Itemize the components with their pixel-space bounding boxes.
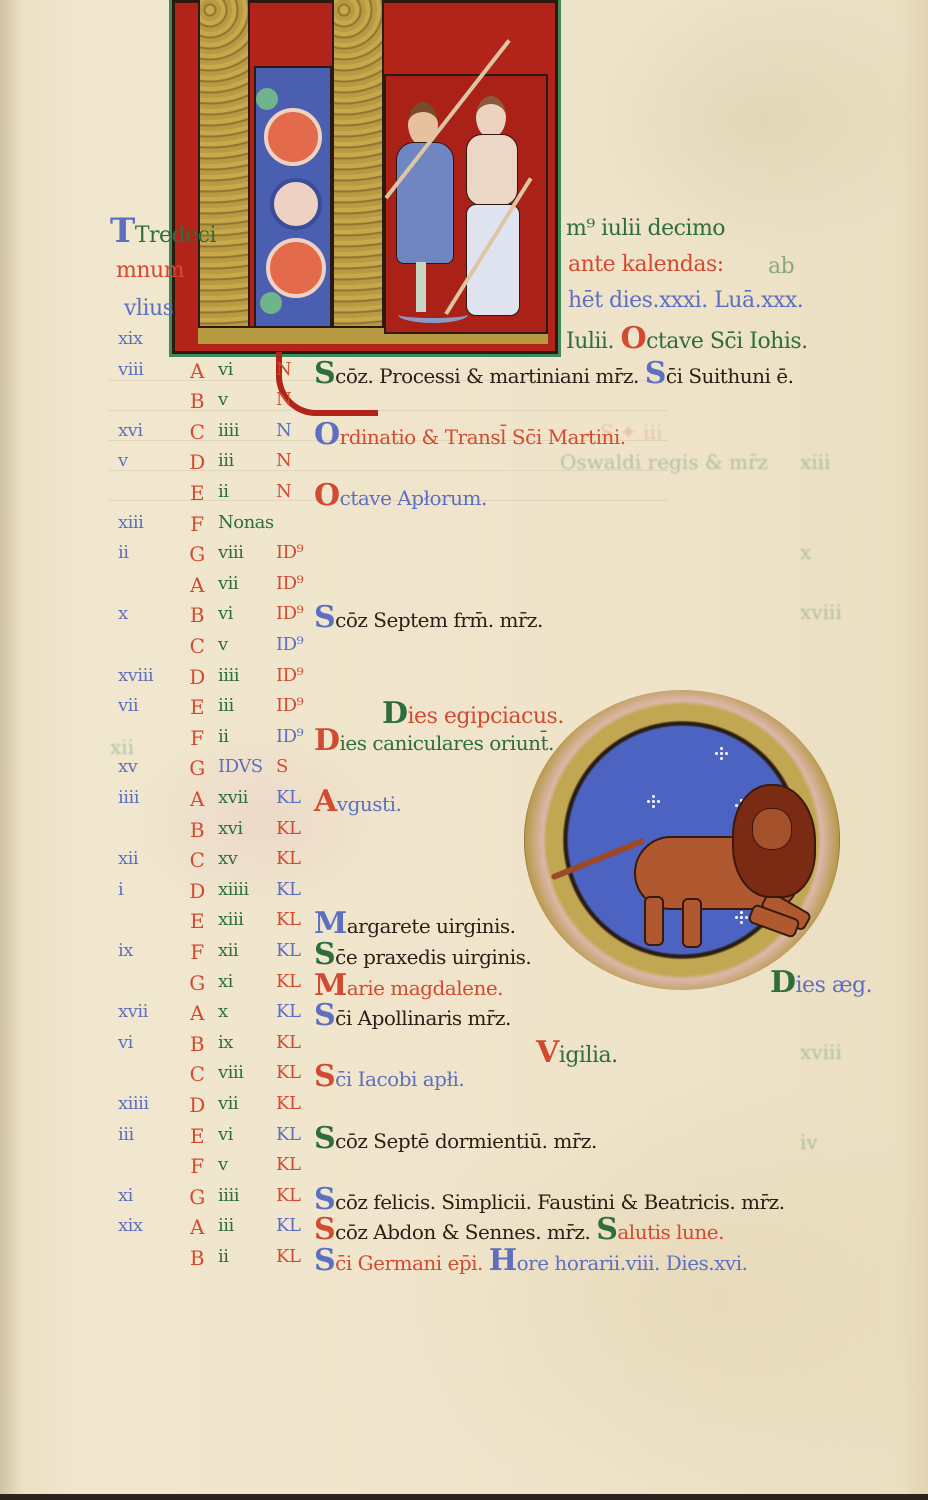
roman-reckoning: KL <box>276 1064 314 1082</box>
roman-reckoning: N <box>276 361 314 379</box>
golden-number: xix <box>118 330 168 348</box>
day-count: vii <box>218 1095 274 1113</box>
day-count: ix <box>218 1034 274 1052</box>
dominical-letter: B <box>186 1034 208 1054</box>
feast-initial: S <box>314 600 335 635</box>
dominical-letter: D <box>186 667 208 687</box>
day-count: iiii <box>218 1187 274 1205</box>
roman-reckoning: ID⁹ <box>276 667 314 685</box>
day-count: xvii <box>218 789 274 807</box>
dominical-letter: G <box>186 1187 208 1207</box>
golden-number: xv <box>118 758 168 776</box>
dominical-letter: A <box>186 789 208 809</box>
dominical-letter: C <box>186 850 208 870</box>
heading-line1-right: m⁹ iulii decimo <box>566 218 725 240</box>
manuscript-page: Oswaldi regis & mr̄z xiii x xviii xviii … <box>0 0 928 1494</box>
feast-extra-text: alutis lune. <box>617 1220 724 1244</box>
golden-number: xii <box>118 850 168 868</box>
show-through-text: xii <box>110 735 134 759</box>
dominical-letter: D <box>186 881 208 901</box>
day-count: ii <box>218 728 274 746</box>
feast-extra-text: c̄i Suithuni ē. <box>666 364 794 388</box>
feast-text: arie magdalene. <box>347 976 503 1000</box>
reaper-head <box>476 96 506 138</box>
feast-entry: Sc̄i Germani ep̄i. Hore horarii.viii. Di… <box>314 1246 747 1276</box>
golden-number: xix <box>118 1217 168 1235</box>
initial-foliage-panel <box>254 66 332 328</box>
initial-gold-stem <box>332 0 384 340</box>
feast-entry: Avgusti. <box>314 787 401 817</box>
day-count: ii <box>218 1248 274 1266</box>
feast-initial: O <box>314 478 340 513</box>
feast-entry: Dies caniculares oriunt̄. <box>314 726 554 756</box>
feast-initial: O <box>314 417 340 452</box>
dominical-letter: B <box>186 1248 208 1268</box>
day-count: xvi <box>218 820 274 838</box>
day-count: x <box>218 1003 274 1021</box>
day-count: xii <box>218 942 274 960</box>
roman-reckoning: KL <box>276 1126 314 1144</box>
feast-entry: Scōz Abdon & Sennes. mr̄z. Salutis lune. <box>314 1215 724 1245</box>
golden-number: xvi <box>118 422 168 440</box>
day-count: vi <box>218 1126 274 1144</box>
roman-reckoning: ID⁹ <box>276 544 314 562</box>
golden-number: viii <box>118 361 168 379</box>
feast-entry: Scōz Septē dormientiū. mr̄z. <box>314 1124 597 1154</box>
feast-text: argarete uirginis. <box>347 914 516 938</box>
roman-reckoning: KL <box>276 881 314 899</box>
golden-number: iiii <box>118 789 168 807</box>
dominical-letter: D <box>186 1095 208 1115</box>
golden-number: x <box>118 605 168 623</box>
day-count: vi <box>218 605 274 623</box>
dominical-letter: F <box>186 1156 208 1176</box>
feast-initial: S <box>314 356 335 391</box>
roman-reckoning: N <box>276 483 314 501</box>
dominical-letter: A <box>186 1217 208 1237</box>
roman-reckoning: ID⁹ <box>276 605 314 623</box>
dominical-letter: A <box>186 361 208 381</box>
roman-reckoning: KL <box>276 942 314 960</box>
feast-text: cōz. Processi & martiniani mr̄z. <box>335 364 639 388</box>
feast-initial: S <box>314 998 335 1033</box>
heading-line3-left: vlius <box>124 298 173 320</box>
feast-extra-initial: S <box>645 356 666 391</box>
dominical-letter: F <box>186 514 208 534</box>
feast-entry: Ordinatio & Transl̄ Sc̄i Martini. <box>314 420 626 450</box>
feast-initial: S <box>314 1243 335 1278</box>
dominical-letter: D <box>186 452 208 472</box>
feast-text: c̄e praxedis uirginis. <box>335 945 531 969</box>
day-count: v <box>218 1156 274 1174</box>
reaper-tunic <box>396 142 454 264</box>
day-count: viii <box>218 1064 274 1082</box>
feast-entry: Octave Apłorum. <box>314 481 487 511</box>
feast-text: cōz Abdon & Sennes. mr̄z. <box>335 1220 590 1244</box>
golden-number: ii <box>118 544 168 562</box>
roman-reckoning: KL <box>276 1034 314 1052</box>
golden-number: xvii <box>118 1003 168 1021</box>
lion-face-icon <box>752 808 792 850</box>
dominical-letter: G <box>186 544 208 564</box>
golden-number: vi <box>118 1034 168 1052</box>
day-count: xiii <box>218 911 274 929</box>
heading-line4-iulii: Iulii. <box>566 329 614 354</box>
heading-line1-left: Tredeci <box>135 223 216 248</box>
roman-reckoning: KL <box>276 1248 314 1266</box>
day-count: iii <box>218 697 274 715</box>
day-count: xv <box>218 850 274 868</box>
feast-initial: D <box>314 723 340 758</box>
roman-reckoning: KL <box>276 1187 314 1205</box>
initial-gold-stem <box>198 0 250 340</box>
day-count: xiiii <box>218 881 274 899</box>
feast-entry: Margarete uirginis. <box>314 909 516 939</box>
heading-initial-T: T <box>110 211 135 251</box>
day-count: IDVS <box>218 758 274 776</box>
dominical-letter: E <box>186 911 208 931</box>
roman-reckoning: ID⁹ <box>276 697 314 715</box>
heading-line3-right: hēt dies.xxxi. Luā.xxx. <box>568 290 803 312</box>
roman-reckoning: KL <box>276 1156 314 1174</box>
roman-reckoning: N <box>276 452 314 470</box>
feast-text: rdinatio & Transl̄ Sc̄i Martini. <box>340 425 626 449</box>
feast-text: ies caniculares oriunt̄. <box>340 731 554 755</box>
dominical-letter: A <box>186 575 208 595</box>
feast-text: c̄i Apollinaris mr̄z. <box>335 1006 511 1030</box>
roman-reckoning: N <box>276 391 314 409</box>
show-through-text: xviii <box>800 1040 842 1064</box>
show-through-text: xiii <box>800 450 830 474</box>
star-icon <box>652 800 655 803</box>
dominical-letter: C <box>186 636 208 656</box>
roman-reckoning: KL <box>276 973 314 991</box>
side-rubric: Dies egipciacus. <box>382 699 564 729</box>
star-icon <box>720 752 723 755</box>
zodiac-roundel-leo <box>524 690 840 990</box>
feast-text: cōz Septē dormientiū. mr̄z. <box>335 1129 597 1153</box>
reaper-torso <box>466 134 518 206</box>
heading-margin-ab: ab <box>768 256 794 278</box>
roman-reckoning: ID⁹ <box>276 636 314 654</box>
day-count: vii <box>218 575 274 593</box>
dominical-letter: F <box>186 942 208 962</box>
heading-line4-octave: ctave Sc̄i Iohis. <box>646 329 808 354</box>
roman-reckoning: KL <box>276 1095 314 1113</box>
dominical-letter: E <box>186 697 208 717</box>
roman-reckoning: KL <box>276 1217 314 1235</box>
dominical-letter: B <box>186 391 208 411</box>
day-count: vi <box>218 361 274 379</box>
show-through-text: iv <box>800 1130 818 1154</box>
roman-reckoning: N <box>276 422 314 440</box>
feast-text: vgusti. <box>337 792 402 816</box>
starry-sky <box>564 726 800 952</box>
feast-text: cōz Septem frm̄. mr̄z. <box>335 608 543 632</box>
dominical-letter: B <box>186 820 208 840</box>
dominical-letter: G <box>186 973 208 993</box>
roman-reckoning: ID⁹ <box>276 575 314 593</box>
feast-entry: Scōz Septem frm̄. mr̄z. <box>314 603 543 633</box>
feast-extra-initial: S <box>596 1212 617 1247</box>
feast-text: c̄i Iacobi apłi. <box>335 1067 464 1091</box>
day-count: xi <box>218 973 274 991</box>
dominical-letter: B <box>186 605 208 625</box>
dominical-letter: A <box>186 1003 208 1023</box>
dominical-letter: C <box>186 422 208 442</box>
feast-entry: Scōz. Processi & martiniani mr̄z. Sc̄i S… <box>314 359 793 389</box>
show-through-text: xviii <box>800 600 842 624</box>
dominical-letter: E <box>186 1126 208 1146</box>
dominical-letter: C <box>186 1064 208 1084</box>
golden-number: i <box>118 881 168 899</box>
day-count: iii <box>218 1217 274 1235</box>
roman-reckoning: KL <box>276 789 314 807</box>
feast-initial: A <box>314 784 337 819</box>
golden-number: xiiii <box>118 1095 168 1113</box>
scythe-blade-icon <box>398 306 468 323</box>
page-edge <box>0 1494 928 1500</box>
feast-initial: S <box>314 1121 335 1156</box>
roman-reckoning: ID⁹ <box>276 728 314 746</box>
golden-number: vii <box>118 697 168 715</box>
roman-reckoning: KL <box>276 850 314 868</box>
feast-entry: Sc̄i Apollinaris mr̄z. <box>314 1001 511 1031</box>
dominical-letter: G <box>186 758 208 778</box>
roman-reckoning: KL <box>276 911 314 929</box>
heading-line2-right: ante kalendas: <box>568 254 724 276</box>
roman-reckoning: KL <box>276 1003 314 1021</box>
golden-number: xviii <box>118 667 168 685</box>
feast-entry: Sc̄i Iacobi apłi. <box>314 1062 464 1092</box>
feast-text: ctave Apłorum. <box>340 486 487 510</box>
day-count: ii <box>218 483 274 501</box>
feast-text: c̄i Germani ep̄i. <box>335 1251 483 1275</box>
side-rubric: Vigilia. <box>536 1038 618 1068</box>
golden-number: v <box>118 452 168 470</box>
reapers-scene <box>384 74 548 334</box>
lion-tail <box>551 837 646 880</box>
feast-entry: Marie magdalene. <box>314 971 503 1001</box>
heading-line2-left: mnum <box>116 260 184 282</box>
dominical-letter: F <box>186 728 208 748</box>
golden-number: ix <box>118 942 168 960</box>
feast-initial: S <box>314 1059 335 1094</box>
feast-entry: Sc̄e praxedis uirginis. <box>314 940 531 970</box>
day-count: viii <box>218 544 274 562</box>
feast-extra-initial: H <box>489 1243 517 1278</box>
day-count: iii <box>218 452 274 470</box>
golden-number: iii <box>118 1126 168 1144</box>
golden-number: xiii <box>118 514 168 532</box>
roman-reckoning: KL <box>276 820 314 838</box>
show-through-text: Oswaldi regis & mr̄z <box>560 450 768 474</box>
day-count: v <box>218 391 274 409</box>
show-through-text: x <box>800 540 811 564</box>
star-icon <box>740 916 743 919</box>
golden-number: xi <box>118 1187 168 1205</box>
day-count: v <box>218 636 274 654</box>
margin-note: Dies æg. <box>770 968 872 998</box>
feast-extra-text: ore horarii.viii. Dies.xvi. <box>517 1251 748 1275</box>
roman-reckoning: S <box>276 758 314 776</box>
dominical-letter: E <box>186 483 208 503</box>
feast-text: cōz felicis. Simplicii. Faustini & Beatr… <box>335 1190 784 1214</box>
reaper-breeches <box>466 204 520 316</box>
day-count: iiii <box>218 667 274 685</box>
day-count: Nonas <box>218 514 274 532</box>
heading-line4-initial: O <box>620 321 646 356</box>
feast-entry: Scōz felicis. Simplicii. Faustini & Beat… <box>314 1185 785 1215</box>
day-count: iiii <box>218 422 274 440</box>
historiated-initial <box>172 0 572 352</box>
